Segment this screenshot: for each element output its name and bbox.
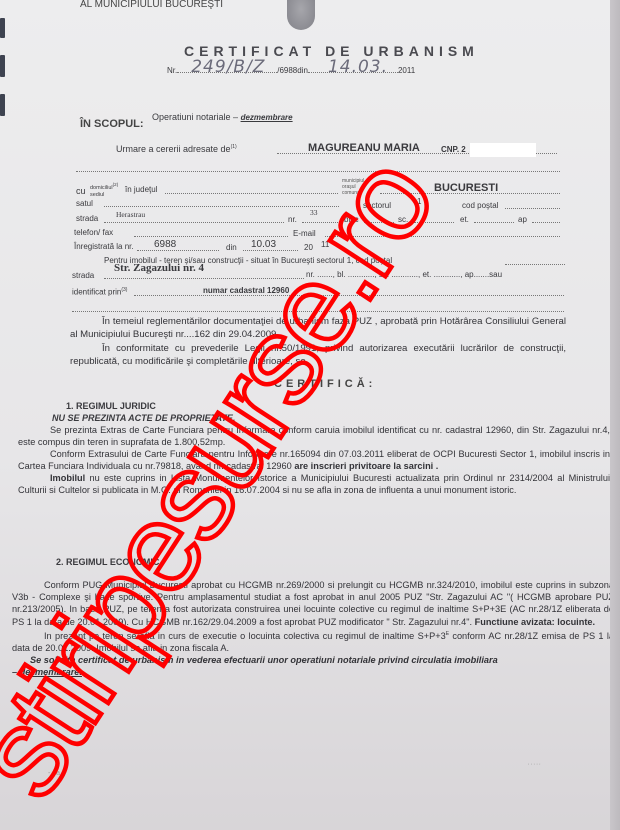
- watermark-text: stiripesurse.ro: [0, 136, 459, 820]
- watermark-stiripesurse: stiripesurse.ro: [0, 0, 620, 830]
